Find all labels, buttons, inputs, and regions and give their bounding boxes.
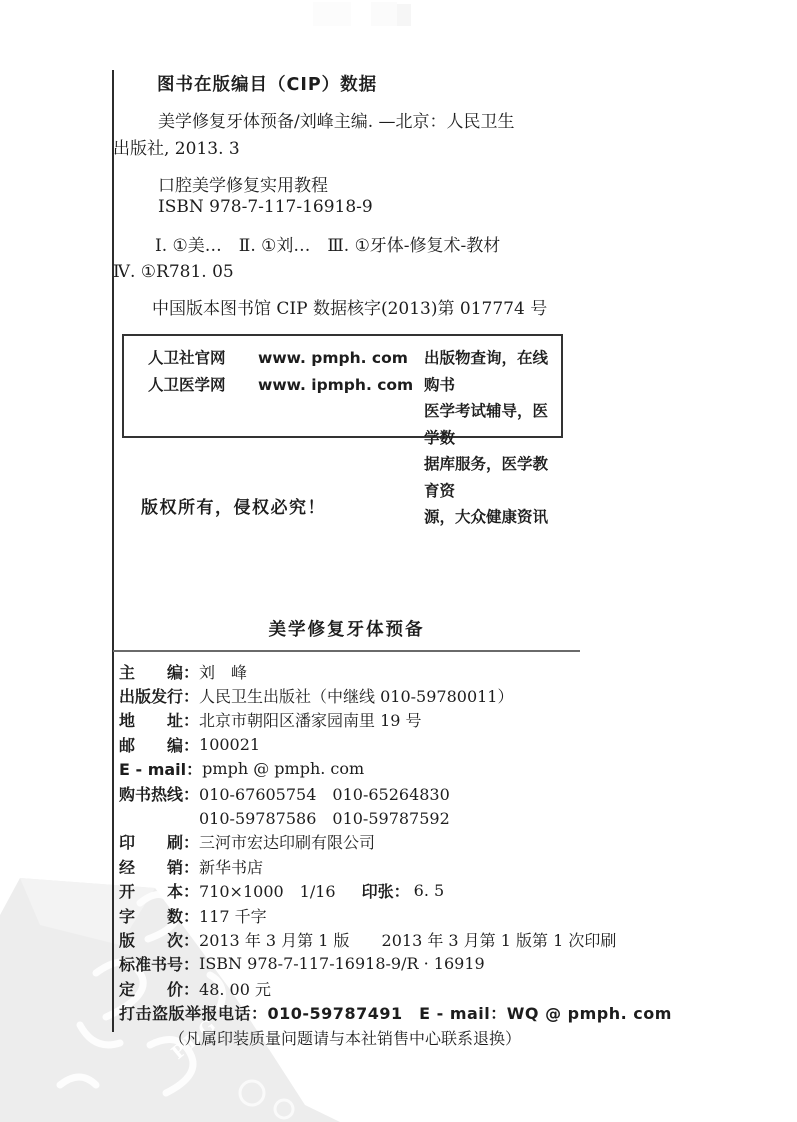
colophon-value: 010-59787586 010-59787592 [199,806,450,829]
cip-classification: Ⅰ. ①美… Ⅱ. ①刘… Ⅲ. ①牙体-修复术-教材 Ⅳ. ①R781. 05 [113,233,588,285]
colophon-row: 出版发行： 人民卫生出版社（中继线 010-59780011） [119,683,759,707]
site-url: www. pmph. com [258,345,414,372]
piracy-report-line: 打击盗版举报电话：010-59787491 E - mail：WQ @ pmph… [119,1000,759,1024]
colophon-label: 邮 编： [119,733,199,756]
colophon-value: 100021 [199,735,260,754]
colophon-row: 经 销： 新华书店 [119,854,759,878]
colophon-row: 010-59787586 010-59787592 [119,805,759,829]
colophon-row: 主 编： 刘 峰 [119,659,759,683]
colophon-row: 字 数： 117 千字 [119,903,759,927]
colophon-value-2: 6. 5 [414,881,445,900]
colophon-label: 版 次： [119,928,199,951]
colophon-row: 购书热线： 010-67605754 010-65264830 [119,781,759,805]
quality-note: （凡属印装质量问题请与本社销售中心联系退换） [119,1025,759,1049]
cip-record-number: 中国版本图书馆 CIP 数据核字(2013)第 017774 号 [152,294,547,319]
colophon-value: 48. 00 元 [199,977,271,1000]
colophon-row: 开 本： 710×1000 1/16 印张： 6. 5 [119,879,759,903]
colophon-label: 购书热线： [119,782,199,805]
colophon-value: 2013 年 3 月第 1 版 2013 年 3 月第 1 版第 1 次印刷 [199,928,616,951]
colophon-value: pmph @ pmph. com [202,759,364,778]
cip-description: 美学修复牙体预备/刘峰主编. —北京：人民卫生 出版社, 2013. 3 [113,109,588,163]
colophon-label: 印 刷： [119,830,199,853]
service-line: 出版物查询，在线购书 [424,345,555,398]
service-line: 据库服务，医学教育资 [424,451,555,504]
colophon-value: 三河市宏达印刷有限公司 [199,830,375,853]
colophon-label-2: 印张： [362,879,410,902]
cip-isbn: ISBN 978-7-117-16918-9 [158,197,373,217]
colophon-label: 字 数： [119,904,199,927]
cip-classification-line-1: Ⅰ. ①美… Ⅱ. ①刘… Ⅲ. ①牙体-修复术-教材 [113,233,588,259]
scan-artifact [313,2,351,26]
book-title: 美学修复牙体预备 [113,616,580,641]
copyright-notice: 版权所有，侵权必究！ [141,493,326,518]
colophon-row: 印 刷： 三河市宏达印刷有限公司 [119,830,759,854]
colophon-label: 经 销： [119,855,199,878]
publisher-info-box: 人卫社官网人卫医学网 www. pmph. comwww. ipmph. com… [122,334,563,438]
colophon-value: 人民卫生出版社（中继线 010-59780011） [199,684,513,707]
colophon-value: 新华书店 [199,855,263,878]
scan-artifact [371,2,397,26]
colophon-list: 主 编： 刘 峰 出版发行： 人民卫生出版社（中继线 010-59780011）… [119,659,759,1049]
colophon-value: 刘 峰 [199,660,247,683]
colophon-label: 出版发行： [119,684,199,707]
colophon-row: 版 次： 2013 年 3 月第 1 版 2013 年 3 月第 1 版第 1 … [119,927,759,951]
site-url: www. ipmph. com [258,372,414,399]
site-name: 人卫社官网 [148,345,240,372]
colophon-rows: 主 编： 刘 峰 出版发行： 人民卫生出版社（中继线 010-59780011）… [119,659,759,1000]
cip-header: 图书在版编目（CIP）数据 [157,71,377,96]
site-name: 人卫医学网 [148,372,240,399]
services-column: 出版物查询，在线购书医学考试辅导，医学数据库服务，医学教育资源，大众健康资讯 [424,345,555,436]
left-border-line [112,70,114,1032]
colophon-row: 标准书号： ISBN 978-7-117-16918-9/R · 16919 [119,952,759,976]
cip-series-title: 口腔美学修复实用教程 [158,171,328,196]
cip-description-line-1: 美学修复牙体预备/刘峰主编. —北京：人民卫生 [113,109,588,136]
colophon-label: E - mail： [119,757,202,780]
cip-classification-line-2: Ⅳ. ①R781. 05 [113,259,588,285]
site-name-column: 人卫社官网人卫医学网 [148,345,240,436]
colophon-row: 邮 编： 100021 [119,732,759,756]
colophon-value: 710×1000 1/16 [199,879,336,902]
title-divider [113,650,580,652]
colophon-value: 010-67605754 010-65264830 [199,782,450,805]
colophon-row: 地 址： 北京市朝阳区潘家园南里 19 号 [119,708,759,732]
colophon-row: 定 价： 48. 00 元 [119,976,759,1000]
colophon-label: 定 价： [119,977,199,1000]
colophon-value: 117 千字 [199,904,267,927]
cip-description-line-2: 出版社, 2013. 3 [113,136,588,163]
colophon-label: 标准书号： [119,952,199,975]
colophon-label: 开 本： [119,879,199,902]
scanned-copyright-page: { "ink_color": "#1d1d1d", "watermark_col… [0,0,797,1122]
colophon-label: 地 址： [119,708,199,731]
service-line: 医学考试辅导，医学数 [424,398,555,451]
scan-artifact [397,4,411,26]
site-url-column: www. pmph. comwww. ipmph. com [258,345,414,436]
colophon-label: 主 编： [119,660,199,683]
service-line: 源，大众健康资讯 [424,504,555,531]
colophon-value: ISBN 978-7-117-16918-9/R · 16919 [199,954,485,973]
colophon-value: 北京市朝阳区潘家园南里 19 号 [199,708,422,731]
colophon-row: E - mail： pmph @ pmph. com [119,757,759,781]
